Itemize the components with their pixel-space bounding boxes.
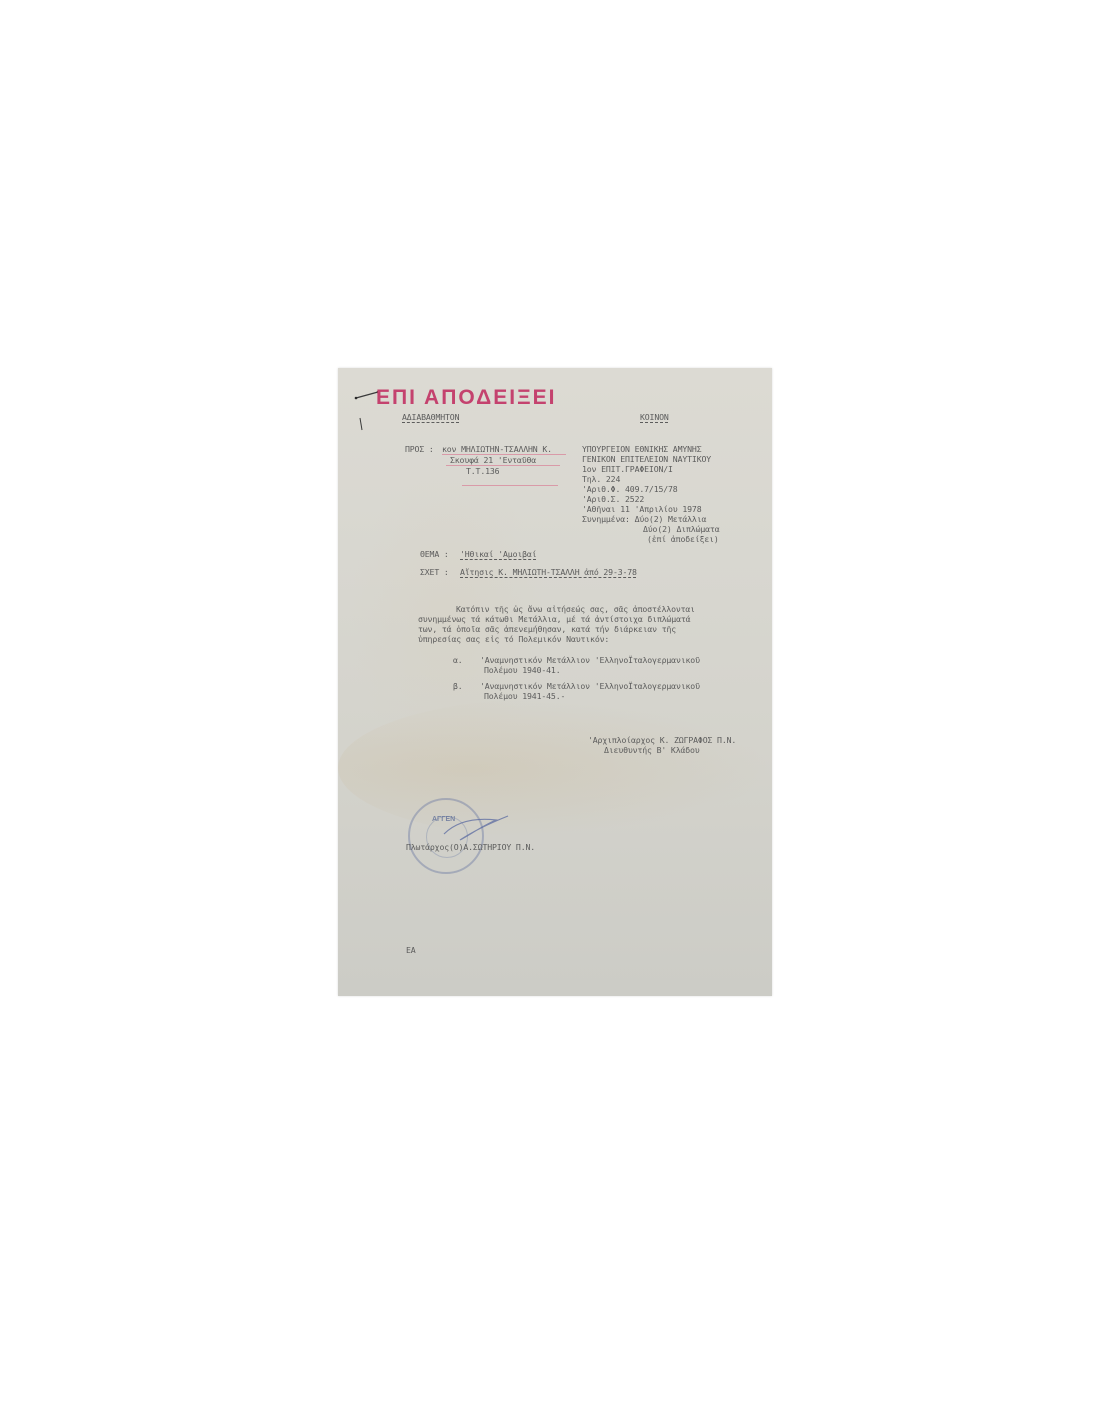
body-line: ὑπηρεσίας σας εἰς τό Πολεμικόν Ναυτικόν: (418, 634, 609, 645)
classification-right: ΚΟΙΝΟΝ (640, 412, 669, 423)
item-marker: β. (453, 681, 463, 692)
underline (446, 465, 560, 466)
signatory-title: Διευθυντής Β' Κλάδου (604, 745, 700, 756)
classification-left: ΑΔΙΑΒΑΘΜΗΤΟΝ (402, 412, 459, 423)
item-line: Πολέμου 1940-41. (484, 665, 560, 676)
sender-line: (ἐπί ἀποδείξει) (647, 534, 719, 545)
underline (462, 485, 558, 486)
item-line: Πολέμου 1941-45.- (484, 691, 565, 702)
subject-label: ΘΕΜΑ : (420, 549, 449, 560)
item-marker: α. (453, 655, 463, 666)
recipient-label: ΠΡΟΣ : (405, 444, 434, 455)
initials: ΕΑ (406, 945, 416, 956)
recipient-postcode: Τ.Τ.136 (466, 466, 499, 477)
document-page: ΕΠΙ ΑΠΟΔΕΙΞΕΙ ΑΔΙΑΒΑΘΜΗΤΟΝ ΚΟΙΝΟΝ ΠΡΟΣ :… (338, 368, 772, 996)
subject-value: 'Ηθικαί 'Αμοιβαί (460, 549, 536, 560)
countersign: Πλωτάρχος(Ο)Α.ΣΩΤΗΡΙΟΥ Π.Ν. (406, 842, 535, 853)
reference-value: Αἴτησις Κ. ΜΗΛΙΩΤΗ-ΤΣΑΛΛΗ ἀπό 29-3-78 (460, 567, 637, 578)
reference-label: ΣΧΕΤ : (420, 567, 449, 578)
underline (442, 454, 566, 455)
paper-stain (338, 698, 772, 838)
receipt-stamp: ΕΠΙ ΑΠΟΔΕΙΞΕΙ (376, 386, 556, 410)
